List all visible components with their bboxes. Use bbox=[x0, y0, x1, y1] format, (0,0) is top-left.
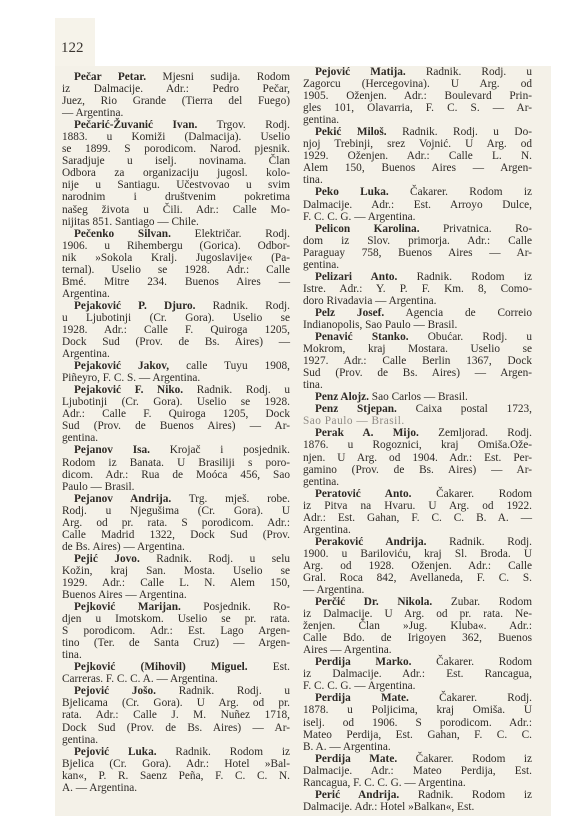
entry-line: Dock Sud (Prov. de Bs. Aires) — bbox=[62, 336, 290, 348]
entry-line: 1876. u Rogoznici, kraj Omiša.Ože- bbox=[303, 439, 532, 451]
directory-entry: Penz Alojz. Sao Carlos — Brasil. bbox=[303, 391, 532, 403]
entry-line: Pelicon Karolina. Privatnica. Ro- bbox=[303, 223, 532, 235]
entry-line: — Argentina. bbox=[62, 107, 290, 119]
entry-name: Peraković Andrija. bbox=[315, 536, 426, 548]
entry-line: Mokrom, kraj Mostara. Uselio se bbox=[303, 343, 532, 355]
entry-line: Peraković Andrija. Radnik. Rodj. bbox=[303, 536, 532, 548]
entry-name: Perić Andrija. bbox=[315, 789, 399, 801]
directory-entry: Perak A. Mijo. Zemljorad. Rodj.1876. u R… bbox=[303, 427, 532, 487]
entry-name: Penz Stjepan. bbox=[315, 403, 397, 415]
entry-line: Pelizari Anto. Radnik. Rodom iz bbox=[303, 271, 532, 283]
entry-line: 1927. Adr.: Calle Berlin 1367, Dock bbox=[303, 355, 532, 367]
entry-line: Pejaković F. Niko. Radnik. Rodj. u bbox=[62, 384, 290, 396]
entry-line: Sao Paulo — Brasil. bbox=[303, 415, 532, 427]
entry-line: Zagorcu (Hercegovina). U Arg. od bbox=[303, 78, 532, 90]
entry-line: A. — Argentina. bbox=[62, 782, 290, 794]
entry-line: Penavić Stanko. Obućar. Rodj. u bbox=[303, 331, 532, 343]
directory-entry: Perčić Dr. Nikola. Zubar. Rodomiz Dalmac… bbox=[303, 596, 532, 656]
entry-line: Istre. Adr.: Y. P. F. Km. 8, Como- bbox=[303, 283, 532, 295]
entry-name: Perdija Mate. bbox=[315, 692, 409, 704]
entry-line: 1905. Oženjen. Adr.: Boulevard Prin- bbox=[303, 90, 532, 102]
entry-line: nije u Santiagu. Učestvovao u svim bbox=[62, 179, 290, 191]
entry-line: se 1899. S porodicom. Narod. pjesnik. bbox=[62, 143, 290, 155]
entry-name: Pejaković P. Djuro. bbox=[74, 300, 195, 312]
entry-line: Aires — Argentina. bbox=[303, 644, 532, 656]
entry-line: gentina. bbox=[303, 476, 532, 488]
entry-line: Ljubotinji (Cr. Gora). Uselio se 1928. bbox=[62, 396, 290, 408]
entry-line: Pejanov Andrija. Trg. mješ. robe. bbox=[62, 493, 290, 505]
page-number: 122 bbox=[61, 40, 84, 57]
entry-line: ženjen. Član »Jug. Kluba«. Adr.: bbox=[303, 620, 532, 632]
directory-entry: Pejanov Isa. Krojač i posjednik.Rodom iz… bbox=[62, 444, 290, 492]
entry-line: Buenos Aires — Argentina. bbox=[62, 589, 290, 601]
entry-line: tina. bbox=[303, 174, 532, 186]
entry-line: Pejković Marijan. Posjednik. Ro- bbox=[62, 601, 290, 613]
entry-line: Pekić Miloš. Radnik. Rodj. u Do- bbox=[303, 126, 532, 138]
directory-entry: Perdija Mate. Čakarer. Rodom izDalmacije… bbox=[303, 753, 532, 789]
entry-line: tino (Ter. de Santa Cruz) — Argen- bbox=[62, 637, 290, 649]
directory-entry: Pečar Petar. Mjesni sudija. Rodomiz Dalm… bbox=[62, 71, 290, 119]
directory-entry: Pečarić-Žuvanić Ivan. Trgov. Rodj.1883. … bbox=[62, 119, 290, 227]
entry-line: nik »Sokola Kralj. Jugoslavije« (Pa- bbox=[62, 252, 290, 264]
entry-line: nijitas 851. Santiago — Chile. bbox=[62, 216, 290, 228]
entry-line: 1883. u Komiži (Dalmacija). Uselio bbox=[62, 131, 290, 143]
entry-name: Perčić Dr. Nikola. bbox=[315, 596, 432, 608]
entry-name: Pelicon Karolina. bbox=[315, 223, 420, 235]
entry-line: Bmé. Mitre 234. Buenos Aires — bbox=[62, 276, 290, 288]
entry-line: Perak A. Mijo. Zemljorad. Rodj. bbox=[303, 427, 532, 439]
entry-name: Penz Alojz. bbox=[315, 391, 369, 403]
entry-line: njoj Trebinji, srez Vojnić. U Arg. od bbox=[303, 138, 532, 150]
entry-line: iselj. od 1906. S porodicom. Adr.: bbox=[303, 717, 532, 729]
directory-entry: Penz Stjepan. Caixa postal 1723,Sao Paul… bbox=[303, 403, 532, 427]
entry-line: gentina. bbox=[62, 432, 290, 444]
directory-entry: Pejković (Mihovil) Miguel. Est.Carreras.… bbox=[62, 661, 290, 685]
entry-name: Perdija Marko. bbox=[315, 656, 411, 668]
entry-line: Gral. Roca 842, Avellaneda, F. C. S. bbox=[303, 572, 532, 584]
entry-line: Bjelica (Cr. Gora). Adr.: Hotel »Bal- bbox=[62, 758, 290, 770]
directory-entry: Pejović Matija. Radnik. Rodj. uZagorcu (… bbox=[303, 66, 532, 126]
entry-line: Calle Madrid 1322, Dock Sud (Prov. bbox=[62, 529, 290, 541]
entry-line: njen. U Arg. od 1904. Adr.: Est. Per- bbox=[303, 452, 532, 464]
entry-line: Mateo Perdija, Est. Gahan, F. C. C. bbox=[303, 729, 532, 741]
entry-line: F. C. C. G. — Argentina. bbox=[303, 211, 532, 223]
entry-name: Pekić Miloš. bbox=[315, 126, 387, 138]
entry-line: gamino (Prov. de Bs. Aires) — Ar- bbox=[303, 464, 532, 476]
directory-entry: Pelz Josef. Agencia de CorreioIndianopol… bbox=[303, 307, 532, 331]
entry-line: Carreras. F. C. C. A. — Argentina. bbox=[62, 673, 290, 685]
entry-line: gles 101, Olavarria, F. C. S. — Ar- bbox=[303, 102, 532, 114]
entry-line: gentina. bbox=[303, 114, 532, 126]
entry-line: Sud (Prov. de Bs. Aires) — Argen- bbox=[303, 367, 532, 379]
entry-line: Argentina. bbox=[62, 288, 290, 300]
directory-entry: Peratović Anto. Čakarer. Rodomiz Pitva n… bbox=[303, 488, 532, 536]
entry-line: Pečenko Silvan. Električar. Rodj. bbox=[62, 228, 290, 240]
entry-line: Pečar Petar. Mjesni sudija. Rodom bbox=[62, 71, 290, 83]
entry-line: Piñeyro, F. C. S. — Argentina. bbox=[62, 372, 290, 384]
entry-line: doro Rivadavia — Argentina. bbox=[303, 295, 532, 307]
entry-line: F. C. C. G. — Argentina. bbox=[303, 680, 532, 692]
entry-line: Pejanov Isa. Krojač i posjednik. bbox=[62, 444, 290, 456]
entry-line: Odbora za organizaciju jugosl. kolo- bbox=[62, 167, 290, 179]
entry-line: kan«, P. R. Saenz Peña, F. C. C. N. bbox=[62, 770, 290, 782]
entry-line: iz Dalmacije. Adr.: Pedro Pečar, bbox=[62, 83, 290, 95]
directory-entry: Pejaković P. Djuro. Radnik. Rodj.u Ljubo… bbox=[62, 300, 290, 360]
entry-line: djen u Imotskom. Uselio se pr. rata. bbox=[62, 613, 290, 625]
entry-line: Arg. od pr. rata. S porodicom. Adr.: bbox=[62, 517, 290, 529]
entry-line: Pejković (Mihovil) Miguel. Est. bbox=[62, 661, 290, 673]
entry-line: Pejović Jošo. Radnik. Rodj. u bbox=[62, 685, 290, 697]
entry-name: Pečenko Silvan. bbox=[74, 228, 171, 240]
entry-line: Rancagua, F. C. C. G. — Argentina. bbox=[303, 777, 532, 789]
directory-entry: Pelizari Anto. Radnik. Rodom izIstre. Ad… bbox=[303, 271, 532, 307]
entry-line: Adr.: Est. Gahan, F. C. C. B. A. — bbox=[303, 512, 532, 524]
entry-line: 1878. u Poljicima, kraj Omiša. U bbox=[303, 704, 532, 716]
directory-entry: Pejaković F. Niko. Radnik. Rodj. uLjubot… bbox=[62, 384, 290, 444]
entry-name: Pejović Luka. bbox=[74, 746, 157, 758]
directory-entry: Pejović Jošo. Radnik. Rodj. uBjelicama (… bbox=[62, 685, 290, 745]
entry-line: iz Dalmacije. Adr.: Est. Rancagua, bbox=[303, 668, 532, 680]
entry-name: Pečar Petar. bbox=[74, 71, 146, 83]
right-column: Pejović Matija. Radnik. Rodj. uZagorcu (… bbox=[303, 66, 532, 813]
entry-line: rata. Adr.: Calle J. M. Nuñez 1718, bbox=[62, 709, 290, 721]
entry-line: Juez, Rio Grande (Tierra del Fuego) bbox=[62, 95, 290, 107]
entry-line: Kožin, kraj San. Mosta. Uselio se bbox=[62, 565, 290, 577]
entry-line: Saradjuje u iselj. novinama. Član bbox=[62, 155, 290, 167]
entry-line: B. A. — Argentina. bbox=[303, 741, 532, 753]
entry-line: gentina. bbox=[303, 259, 532, 271]
entry-line: 1929. Adr.: Calle L. N. Alem 150, bbox=[62, 577, 290, 589]
entry-line: Pejaković Jakov, calle Tuyu 1908, bbox=[62, 360, 290, 372]
entry-line: Perčić Dr. Nikola. Zubar. Rodom bbox=[303, 596, 532, 608]
entry-line: Peratović Anto. Čakarer. Rodom bbox=[303, 488, 532, 500]
entry-line: Adr.: Calle F. Quiroga 1205, Dock bbox=[62, 408, 290, 420]
entry-line: Dalmacije. Adr.: Hotel »Balkan«, Est. bbox=[303, 801, 532, 813]
entry-name: Perak A. Mijo. bbox=[315, 427, 419, 439]
entry-line: Rodom iz Banata. U Brasiliji s poro- bbox=[62, 457, 290, 469]
entry-name: Penavić Stanko. bbox=[315, 331, 409, 343]
entry-line: 1928. Adr.: Calle F. Quiroga 1205, bbox=[62, 324, 290, 336]
directory-entry: Pejanov Andrija. Trg. mješ. robe.Rodj. u… bbox=[62, 493, 290, 553]
entry-name: Pejaković Jakov, bbox=[74, 360, 169, 372]
entry-line: Argentina. bbox=[303, 524, 532, 536]
entry-line: dom iz Slov. primorja. Adr.: Calle bbox=[303, 235, 532, 247]
entry-line: S porodicom. Adr.: Est. Lago Argen- bbox=[62, 625, 290, 637]
entry-line: Dock Sud (Prov. de Bs. Aires) — Ar- bbox=[62, 722, 290, 734]
entry-line: 1906. u Rihembergu (Gorica). Odbor- bbox=[62, 240, 290, 252]
directory-entry: Pelicon Karolina. Privatnica. Ro-dom iz … bbox=[303, 223, 532, 271]
entry-line: Pejić Jovo. Radnik. Rodj. u selu bbox=[62, 553, 290, 565]
entry-line: našeg života u Čili. Adr.: Calle Mo- bbox=[62, 204, 290, 216]
entry-name: Pejanov Andrija. bbox=[74, 493, 171, 505]
directory-entry: Pečenko Silvan. Električar. Rodj.1906. u… bbox=[62, 228, 290, 300]
directory-entry: Perić Andrija. Radnik. Rodom izDalmacije… bbox=[303, 789, 532, 813]
entry-line: dicom. Adr.: Rua de Moóca 456, Sao bbox=[62, 469, 290, 481]
entry-name: Pejković Marijan. bbox=[74, 601, 181, 613]
entry-line: Perić Andrija. Radnik. Rodom iz bbox=[303, 789, 532, 801]
entry-line: Perdija Mate. Čakarer. Rodj. bbox=[303, 692, 532, 704]
entry-line: Arg. od 1928. Oženjen. Adr.: Calle bbox=[303, 560, 532, 572]
entry-line: Argentina. bbox=[62, 348, 290, 360]
entry-line: Pelz Josef. Agencia de Correio bbox=[303, 307, 532, 319]
entry-line: iz Dalmacije. U Arg. od pr. rata. Ne- bbox=[303, 608, 532, 620]
directory-entry: Peraković Andrija. Radnik. Rodj.1900. u … bbox=[303, 536, 532, 596]
entry-line: 1929. Oženjen. Adr.: Calle L. N. bbox=[303, 150, 532, 162]
directory-entry: Penavić Stanko. Obućar. Rodj. uMokrom, k… bbox=[303, 331, 532, 391]
entry-line: Sud (Prov. de Buenos Aires) — Ar- bbox=[62, 420, 290, 432]
entry-line: tina. bbox=[303, 379, 532, 391]
entry-name: Peko Luka. bbox=[315, 186, 389, 198]
entry-name: Perdija Mate. bbox=[315, 753, 397, 765]
entry-line: Dalmacije. Adr.: Est. Arroyo Dulce, bbox=[303, 199, 532, 211]
entry-line: de Bs. Aires) — Argentina. bbox=[62, 541, 290, 553]
entry-line: iz Pitva na Hvaru. U Arg. od 1922. bbox=[303, 500, 532, 512]
directory-entry: Pejić Jovo. Radnik. Rodj. u seluKožin, k… bbox=[62, 553, 290, 601]
entry-name: Peratović Anto. bbox=[315, 488, 411, 500]
entry-line: narodnim i društvenim pokretima bbox=[62, 191, 290, 203]
entry-line: tina. bbox=[62, 649, 290, 661]
entry-line: Dalmacije. Adr.: Mateo Perdija, Est. bbox=[303, 765, 532, 777]
entry-line: Pejović Luka. Radnik. Rodom iz bbox=[62, 746, 290, 758]
entry-line: Peko Luka. Čakarer. Rodom iz bbox=[303, 186, 532, 198]
entry-name: Pečarić-Žuvanić Ivan. bbox=[74, 119, 197, 131]
directory-entry: Perdija Mate. Čakarer. Rodj.1878. u Polj… bbox=[303, 692, 532, 752]
entry-line: Penz Alojz. Sao Carlos — Brasil. bbox=[303, 391, 532, 403]
entry-line: Pečarić-Žuvanić Ivan. Trgov. Rodj. bbox=[62, 119, 290, 131]
entry-name: Pejković (Mihovil) Miguel. bbox=[74, 661, 248, 673]
entry-line: Perdija Marko. Čakarer. Rodom bbox=[303, 656, 532, 668]
entry-line: Alem 150, Buenos Aires — Argen- bbox=[303, 162, 532, 174]
entry-name: Pejić Jovo. bbox=[74, 553, 140, 565]
left-column: Pečar Petar. Mjesni sudija. Rodomiz Dalm… bbox=[62, 71, 290, 794]
entry-line: Penz Stjepan. Caixa postal 1723, bbox=[303, 403, 532, 415]
entry-name: Pejaković F. Niko. bbox=[74, 384, 183, 396]
entry-line: ternal). Uselio se 1928. Adr.: Calle bbox=[62, 264, 290, 276]
entry-name: Pelz Josef. bbox=[315, 307, 384, 319]
entry-line: — Argentina. bbox=[303, 584, 532, 596]
directory-entry: Peko Luka. Čakarer. Rodom izDalmacije. A… bbox=[303, 186, 532, 222]
entry-line: u Ljubotinji (Cr. Gora). Uselio se bbox=[62, 312, 290, 324]
entry-name: Pejović Jošo. bbox=[74, 685, 156, 697]
entry-line: Calle Bdo. de Irigoyen 362, Buenos bbox=[303, 632, 532, 644]
entry-line: 1900. u Bariloviću, kraj Sl. Broda. U bbox=[303, 548, 532, 560]
entry-line: Rodj. u Njegušima (Cr. Gora). U bbox=[62, 505, 290, 517]
directory-entry: Perdija Marko. Čakarer. Rodomiz Dalmacij… bbox=[303, 656, 532, 692]
directory-entry: Pejaković Jakov, calle Tuyu 1908,Piñeyro… bbox=[62, 360, 290, 384]
entry-line: Bjelicama (Cr. Gora). U Arg. od pr. bbox=[62, 697, 290, 709]
directory-entry: Pejković Marijan. Posjednik. Ro-djen u I… bbox=[62, 601, 290, 661]
entry-line: Paraguay 758, Buenos Aires — Ar- bbox=[303, 247, 532, 259]
entry-line: Pejaković P. Djuro. Radnik. Rodj. bbox=[62, 300, 290, 312]
entry-name: Pejović Matija. bbox=[315, 66, 406, 78]
directory-entry: Pejović Luka. Radnik. Rodom izBjelica (C… bbox=[62, 746, 290, 794]
entry-line: Pejović Matija. Radnik. Rodj. u bbox=[303, 66, 532, 78]
entry-name: Pelizari Anto. bbox=[315, 271, 397, 283]
entry-name: Pejanov Isa. bbox=[74, 444, 150, 456]
directory-entry: Pekić Miloš. Radnik. Rodj. u Do-njoj Tre… bbox=[303, 126, 532, 186]
entry-line: Perdija Mate. Čakarer. Rodom iz bbox=[303, 753, 532, 765]
entry-line: gentina. bbox=[62, 734, 290, 746]
entry-line: Paulo — Brasil. bbox=[62, 481, 290, 493]
entry-line: Indianopolis, Sao Paulo — Brasil. bbox=[303, 319, 532, 331]
